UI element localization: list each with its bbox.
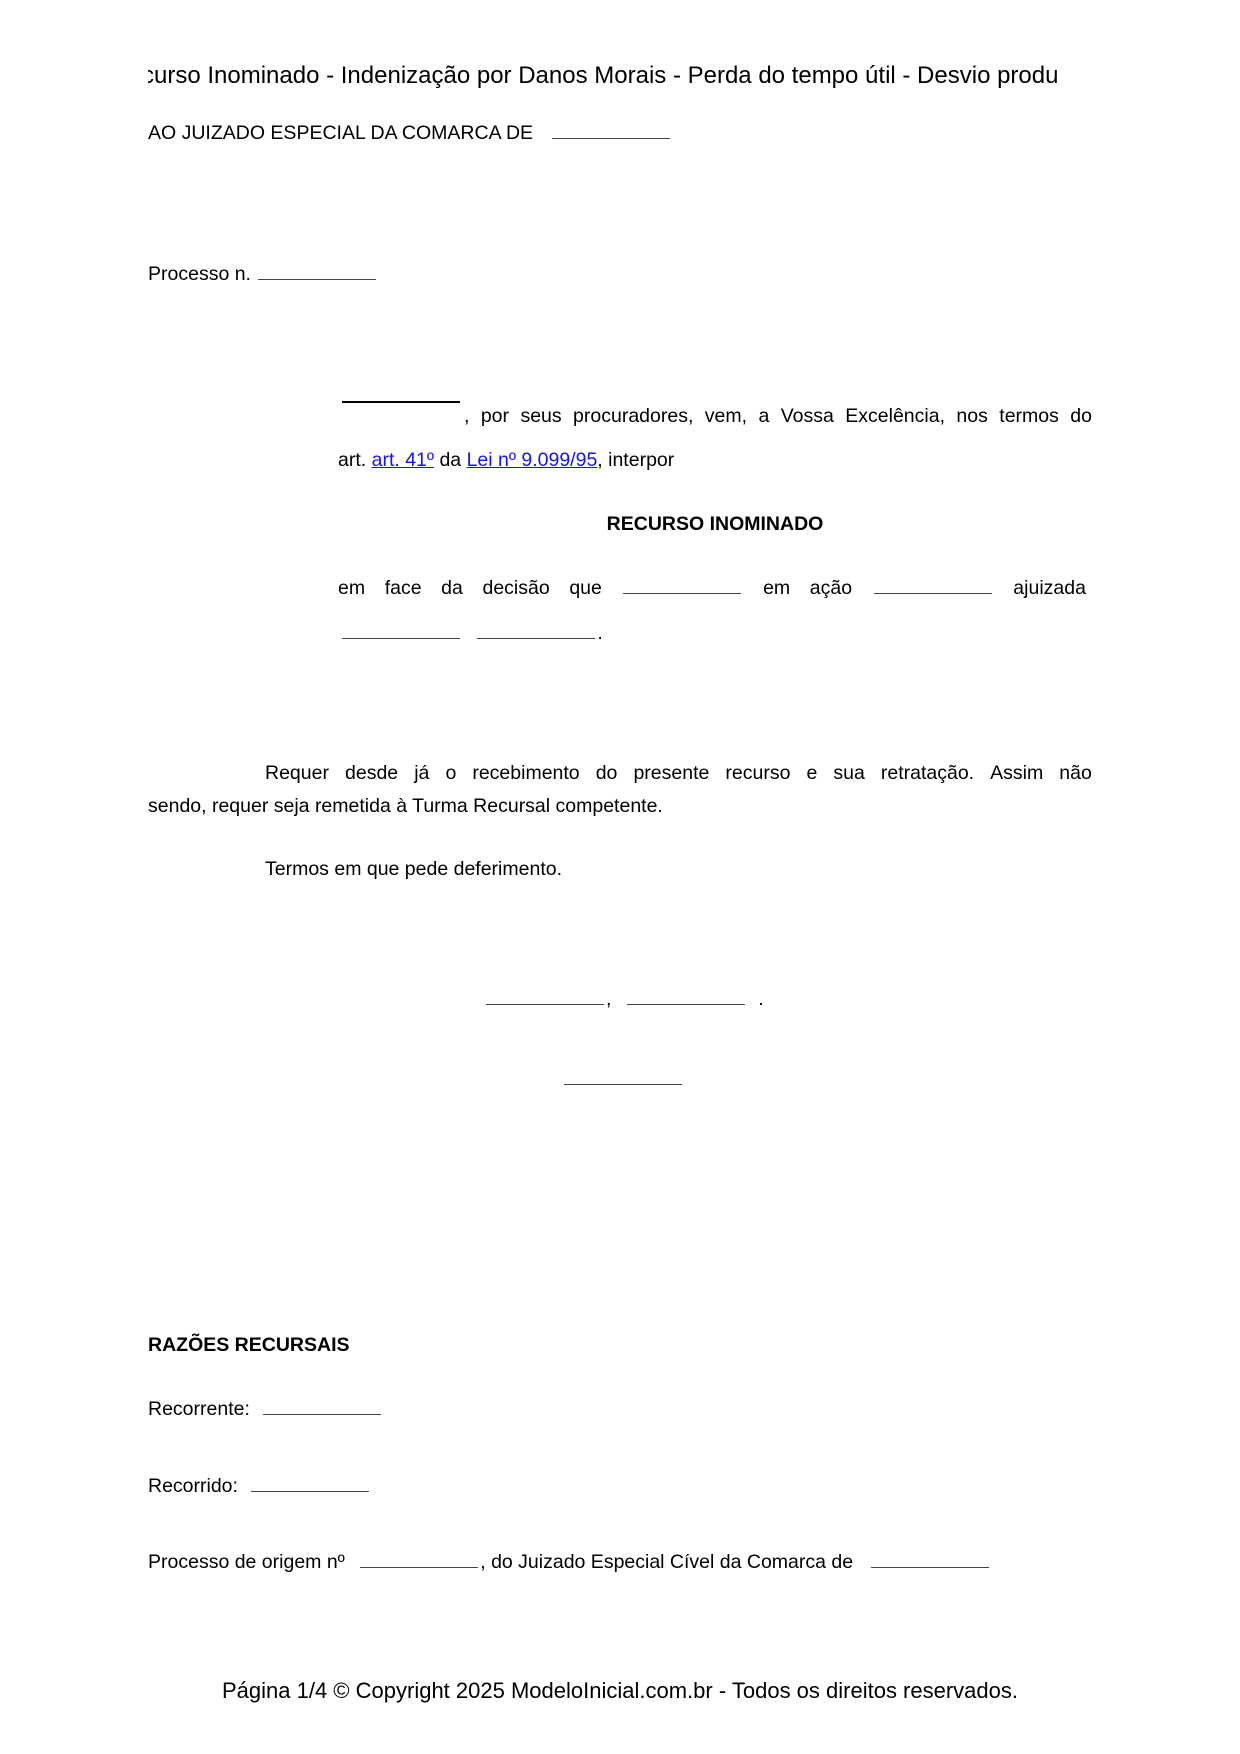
request-text: sendo, requer seja remetida à Turma Recu… xyxy=(148,795,663,817)
intro-paragraph-line2: art. art. 41º da Lei nº 9.099/95, interp… xyxy=(338,449,674,472)
word: desde xyxy=(345,762,398,785)
closing-text: Termos em que pede deferimento. xyxy=(265,858,562,880)
word: Requer xyxy=(265,762,329,785)
filed-by-blank[interactable] xyxy=(342,638,460,639)
signature-blank[interactable] xyxy=(564,1084,682,1085)
interpor-text: , interpor xyxy=(597,449,674,471)
signature-line xyxy=(562,1068,684,1091)
word: decisão xyxy=(482,577,549,600)
intro-text: , por seus procuradores, vem, a Vossa Ex… xyxy=(464,405,1092,428)
word: já xyxy=(414,762,429,785)
recorrente-blank[interactable] xyxy=(263,1414,381,1415)
date-blank[interactable] xyxy=(627,1004,745,1005)
word: sua xyxy=(833,762,864,785)
action-blank[interactable] xyxy=(874,593,992,594)
decision-line2: . xyxy=(338,622,603,645)
period: . xyxy=(597,622,602,644)
process-number-line: Processo n. xyxy=(148,263,378,286)
heading-text: RAZÕES RECURSAIS xyxy=(148,1334,350,1356)
document-title: curso Inominado - Indenização por Danos … xyxy=(148,62,1092,90)
word: da xyxy=(441,577,463,600)
art-prefix: art. xyxy=(338,449,366,471)
comma: , xyxy=(606,988,611,1010)
razoes-recursais-heading: RAZÕES RECURSAIS xyxy=(148,1334,350,1357)
request-line2: sendo, requer seja remetida à Turma Recu… xyxy=(148,795,663,818)
word: em xyxy=(338,577,365,600)
word: e xyxy=(806,762,817,785)
word: face xyxy=(385,577,422,600)
filed-against-blank[interactable] xyxy=(477,638,595,639)
process-label: Processo n. xyxy=(148,263,251,285)
lei-9099-link[interactable]: Lei nº 9.099/95 xyxy=(467,449,598,471)
word: recurso xyxy=(725,762,790,785)
word: não xyxy=(1059,762,1092,785)
recurso-inominado-heading: RECURSO INOMINADO xyxy=(338,513,1092,536)
process-number-blank[interactable] xyxy=(258,279,376,280)
request-line1: Requer desde já o recebimento do present… xyxy=(265,762,1092,785)
document-title-text: curso Inominado - Indenização por Danos … xyxy=(148,62,1058,89)
heading-text: RECURSO INOMINADO xyxy=(607,513,824,535)
word: do xyxy=(596,762,618,785)
origem-prefix: Processo de origem nº xyxy=(148,1551,345,1573)
recorrido-label: Recorrido: xyxy=(148,1475,238,1497)
word: em xyxy=(763,577,790,600)
recorrido-line: Recorrido: xyxy=(148,1475,371,1498)
word: retratação. xyxy=(881,762,974,785)
period: . xyxy=(758,988,763,1010)
place-date-line: , . xyxy=(484,988,764,1011)
intro-paragraph-line1: , por seus procuradores, vem, a Vossa Ex… xyxy=(338,405,1092,428)
closing-line: Termos em que pede deferimento. xyxy=(265,858,562,881)
origem-middle: , do Juizado Especial Cível da Comarca d… xyxy=(480,1551,853,1573)
recorrido-blank[interactable] xyxy=(251,1491,369,1492)
addressee-line: AO JUIZADO ESPECIAL DA COMARCA DE xyxy=(148,122,672,145)
word: presente xyxy=(633,762,709,785)
word: ação xyxy=(810,577,852,600)
word: ajuizada xyxy=(1013,577,1086,600)
connector-text: da xyxy=(439,449,461,471)
decision-blank[interactable] xyxy=(623,593,741,594)
footer-text: Página 1/4 © Copyright 2025 ModeloInicia… xyxy=(222,1678,1018,1703)
art-41-link[interactable]: art. 41º xyxy=(372,449,434,471)
decision-line1: em face da decisão que em ação ajuizada xyxy=(338,577,1092,600)
origem-line: Processo de origem nº , do Juizado Espec… xyxy=(148,1551,991,1574)
comarca-blank[interactable] xyxy=(552,138,670,139)
word: que xyxy=(569,577,602,600)
recorrente-line: Recorrente: xyxy=(148,1398,383,1421)
page-footer: Página 1/4 © Copyright 2025 ModeloInicia… xyxy=(0,1678,1240,1704)
origem-number-blank[interactable] xyxy=(360,1567,478,1568)
recorrente-label: Recorrente: xyxy=(148,1398,250,1420)
word: recebimento xyxy=(472,762,579,785)
origem-comarca-blank[interactable] xyxy=(871,1567,989,1568)
word: o xyxy=(445,762,456,785)
place-blank[interactable] xyxy=(486,1004,604,1005)
party-name-blank[interactable] xyxy=(342,401,460,403)
word: Assim xyxy=(990,762,1043,785)
addressee-text: AO JUIZADO ESPECIAL DA COMARCA DE xyxy=(148,122,533,144)
